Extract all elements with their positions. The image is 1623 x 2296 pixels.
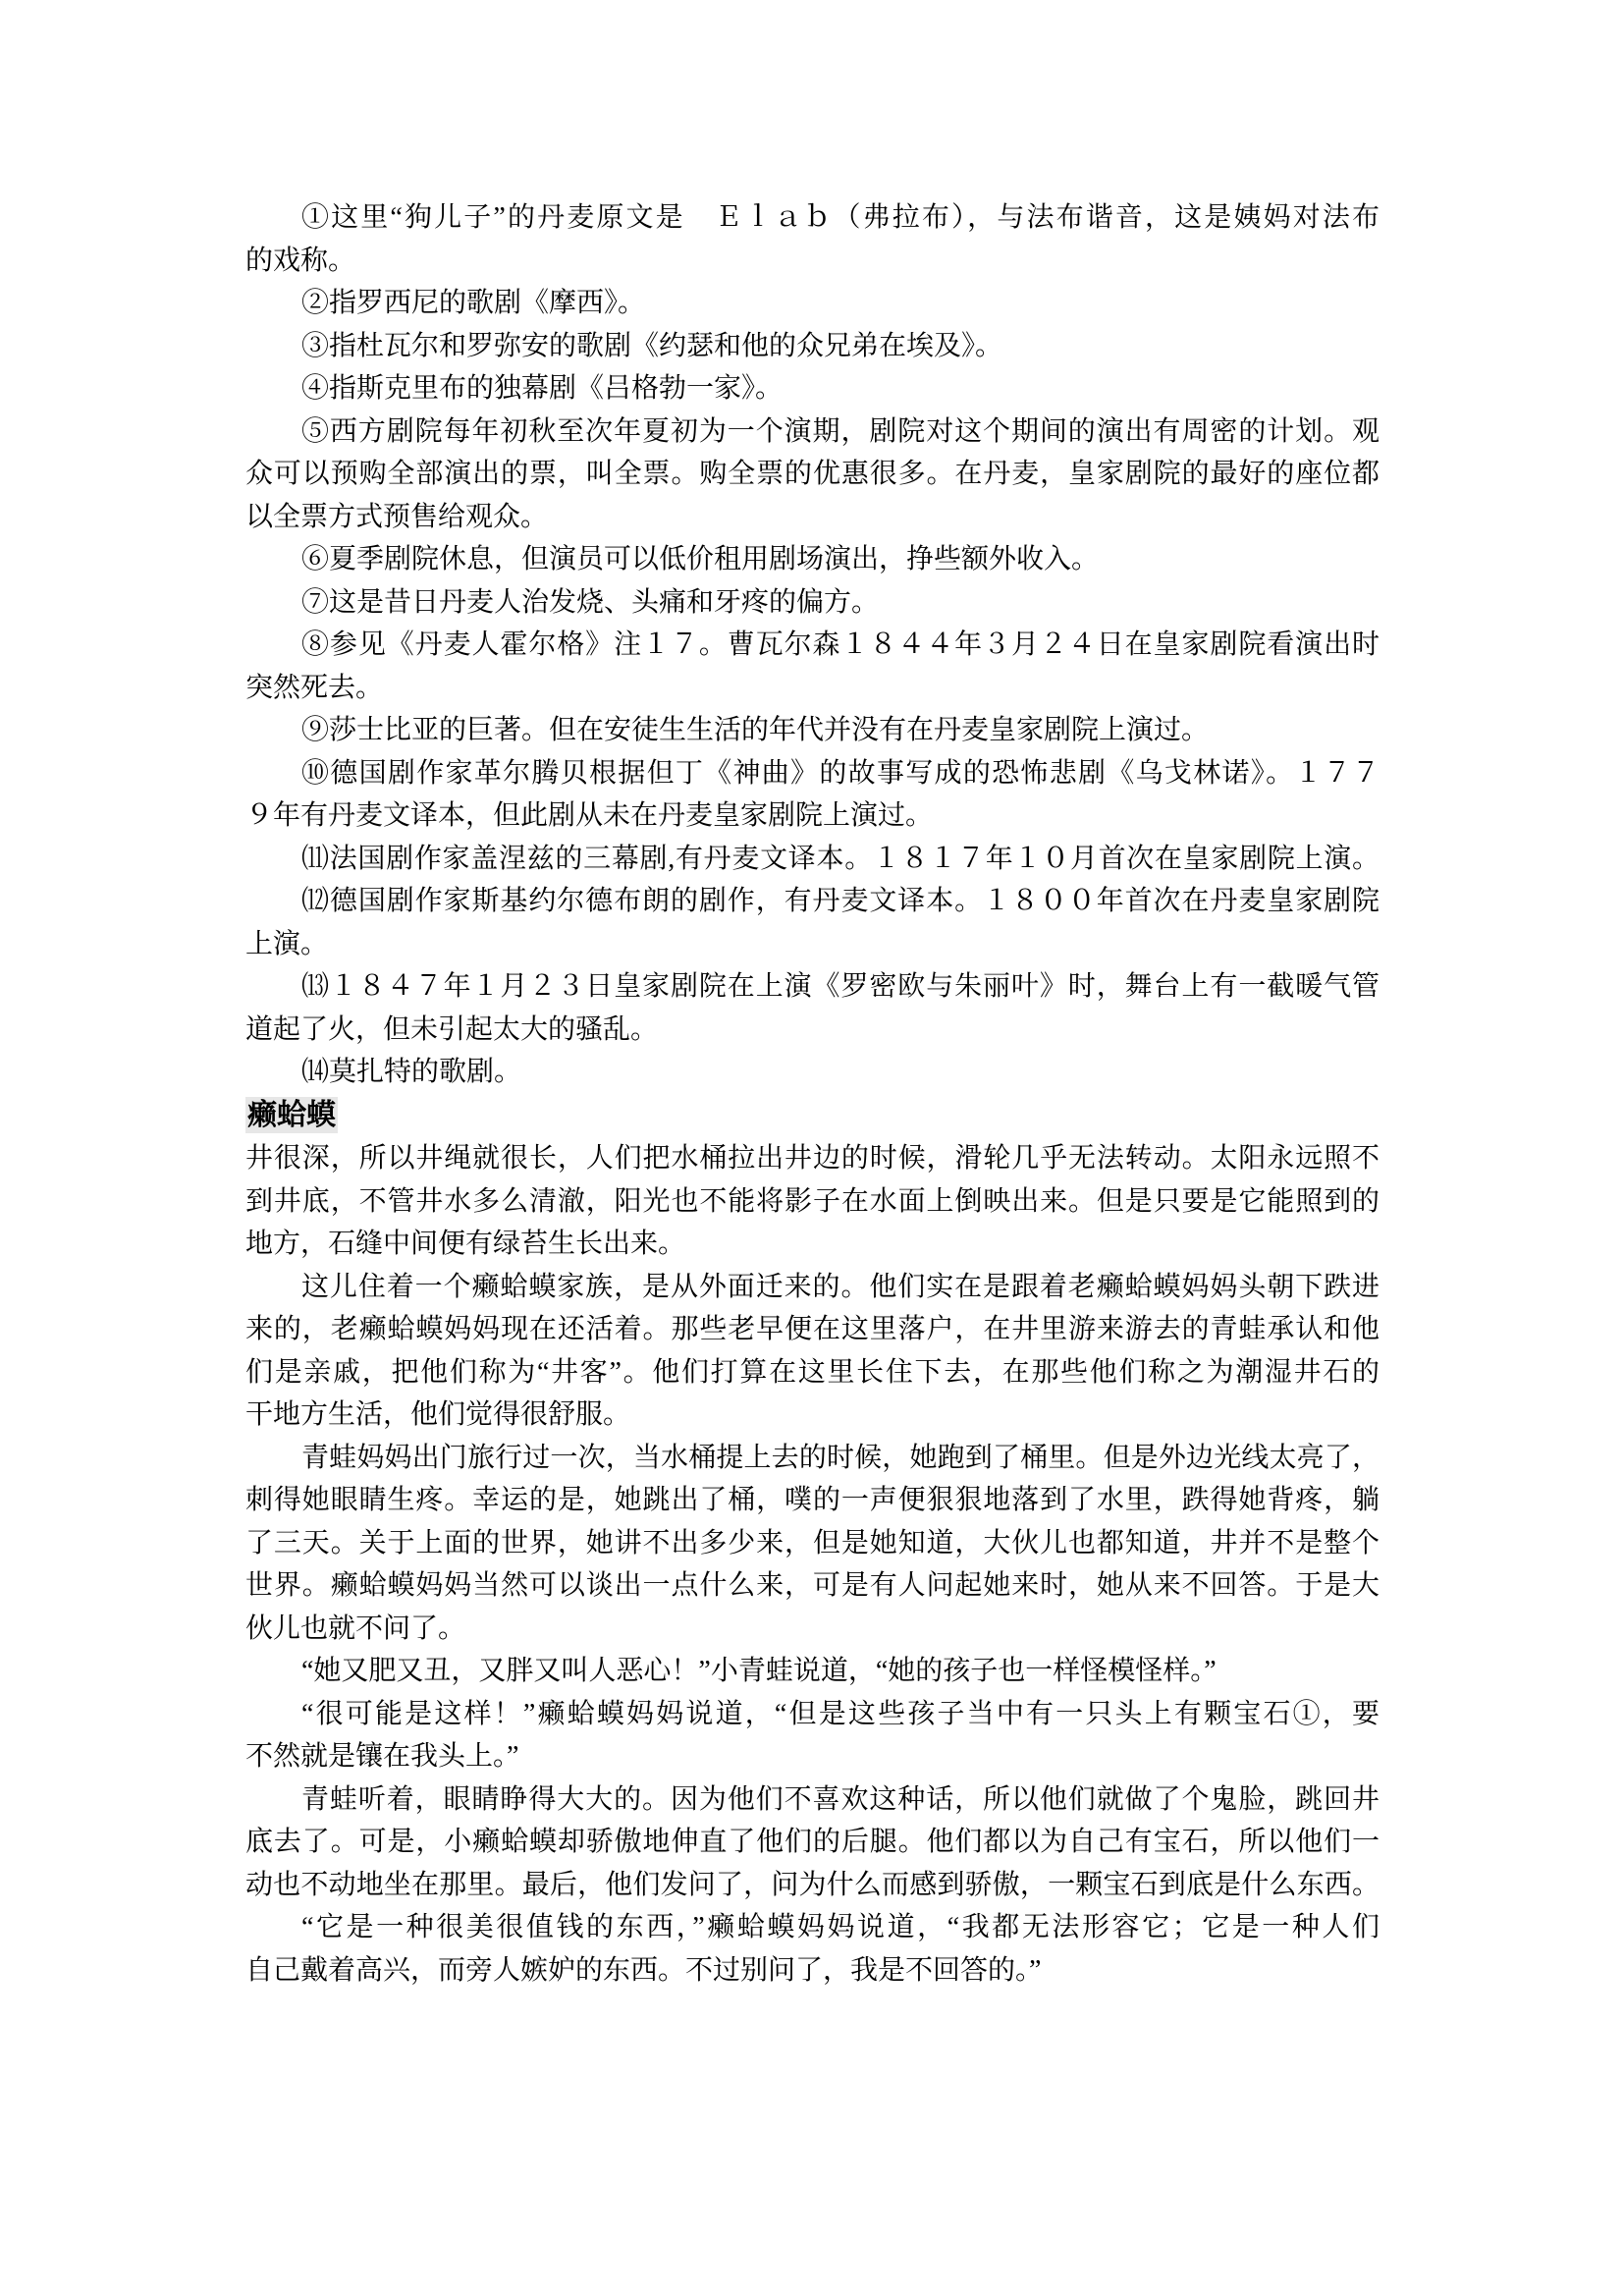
footnote-line: ⒀１８４７年１月２３日皇家剧院在上演《罗密欧与朱丽叶》时，舞台上有一截暖气管 bbox=[245, 965, 1380, 1009]
story-line: 青蛙妈妈出门旅行过一次，当水桶提上去的时候，她跑到了桶里。但是外边光线太亮了， bbox=[245, 1437, 1380, 1480]
footnote-line: ⑥夏季剧院休息，但演员可以低价租用剧场演出，挣些额外收入。 bbox=[245, 538, 1380, 581]
story-line: 青蛙听着，眼睛睁得大大的。因为他们不喜欢这种话，所以他们就做了个鬼脸，跳回井 bbox=[245, 1778, 1380, 1822]
story-line: 地方，石缝中间便有绿苔生长出来。 bbox=[245, 1223, 1380, 1266]
text-block: ①这里“狗儿子”的丹麦原文是 Ｅｌａｂ（弗拉布），与法布谐音，这是姨妈对法布的戏… bbox=[245, 196, 1380, 1992]
footnote-line: ９年有丹麦文译本，但此剧从未在丹麦皇家剧院上演过。 bbox=[245, 794, 1380, 838]
story-line: 这儿住着一个癞蛤蟆家族，是从外面迁来的。他们实在是跟着老癞蛤蟆妈妈头朝下跌进 bbox=[245, 1266, 1380, 1309]
story-line: 底去了。可是，小癞蛤蟆却骄傲地伸直了他们的后腿。他们都以为自己有宝石，所以他们一 bbox=[245, 1821, 1380, 1864]
footnote-line: ⑨莎士比亚的巨著。但在安徒生生活的年代并没有在丹麦皇家剧院上演过。 bbox=[245, 709, 1380, 752]
footnote-line: ⑧参见《丹麦人霍尔格》注１７。曹瓦尔森１８４４年３月２４日在皇家剧院看演出时 bbox=[245, 624, 1380, 667]
story-line: 到井底，不管井水多么清澈，阳光也不能将影子在水面上倒映出来。但是只要是它能照到的 bbox=[245, 1180, 1380, 1224]
story-line: 井很深，所以井绳就很长，人们把水桶拉出井边的时候，滑轮几乎无法转动。太阳永远照不 bbox=[245, 1137, 1380, 1180]
footnote-line: ②指罗西尼的歌剧《摩西》。 bbox=[245, 282, 1380, 325]
story-title: 癞蛤蟆 bbox=[245, 1097, 338, 1133]
footnote-line: ⑩德国剧作家革尔腾贝根据但丁《神曲》的故事写成的恐怖悲剧《乌戈林诺》。１７７ bbox=[245, 752, 1380, 795]
story-line: 来的，老癞蛤蟆妈妈现在还活着。那些老早便在这里落户，在井里游来游去的青蛙承认和他 bbox=[245, 1308, 1380, 1351]
story-line: “它是一种很美很值钱的东西，”癞蛤蟆妈妈说道，“我都无法形容它；它是一种人们 bbox=[245, 1906, 1380, 1949]
story-line: 刺得她眼睛生疼。幸运的是，她跳出了桶，噗的一声便狠狠地落到了水里，跌得她背疼，躺 bbox=[245, 1479, 1380, 1522]
footnote-line: 的戏称。 bbox=[245, 240, 1380, 283]
story-line: 世界。癞蛤蟆妈妈当然可以谈出一点什么来，可是有人问起她来时，她从来不回答。于是大 bbox=[245, 1564, 1380, 1608]
footnote-line: ⒁莫扎特的歌剧。 bbox=[245, 1051, 1380, 1094]
story-line: 动也不动地坐在那里。最后，他们发问了，问为什么而感到骄傲，一颗宝石到底是什么东西… bbox=[245, 1864, 1380, 1907]
story-line: “她又肥又丑，又胖又叫人恶心！”小青蛙说道，“她的孩子也一样怪模怪样。” bbox=[245, 1650, 1380, 1693]
footnote-line: ⑿德国剧作家斯基约尔德布朗的剧作，有丹麦文译本。１８００年首次在丹麦皇家剧院 bbox=[245, 880, 1380, 923]
footnote-line: ③指杜瓦尔和罗弥安的歌剧《约瑟和他的众兄弟在埃及》。 bbox=[245, 325, 1380, 368]
footnote-line: ①这里“狗儿子”的丹麦原文是 Ｅｌａｂ（弗拉布），与法布谐音，这是姨妈对法布 bbox=[245, 196, 1380, 240]
story-line: 们是亲戚，把他们称为“井客”。他们打算在这里长住下去，在那些他们称之为潮湿井石的 bbox=[245, 1351, 1380, 1394]
story-line: “很可能是这样！”癞蛤蟆妈妈说道，“但是这些孩子当中有一只头上有颗宝石①，要 bbox=[245, 1693, 1380, 1736]
footnote-line: ⑾法国剧作家盖涅兹的三幕剧,有丹麦文译本。１８１７年１０月首次在皇家剧院上演。 bbox=[245, 838, 1380, 881]
footnote-line: 道起了火，但未引起太大的骚乱。 bbox=[245, 1009, 1380, 1052]
footnote-line: 上演。 bbox=[245, 923, 1380, 966]
footnote-line: ⑦这是昔日丹麦人治发烧、头痛和牙疼的偏方。 bbox=[245, 581, 1380, 625]
document-page: ①这里“狗儿子”的丹麦原文是 Ｅｌａｂ（弗拉布），与法布谐音，这是姨妈对法布的戏… bbox=[0, 0, 1623, 2296]
footnote-line: ④指斯克里布的独幕剧《吕格勃一家》。 bbox=[245, 367, 1380, 410]
footnote-line: 突然死去。 bbox=[245, 667, 1380, 710]
story-title-row: 癞蛤蟆 bbox=[245, 1094, 1380, 1138]
story-line: 了三天。关于上面的世界，她讲不出多少来，但是她知道，大伙儿也都知道，井并不是整个 bbox=[245, 1522, 1380, 1565]
footnote-line: 以全票方式预售给观众。 bbox=[245, 496, 1380, 539]
story-line: 自己戴着高兴，而旁人嫉妒的东西。不过别问了，我是不回答的。” bbox=[245, 1949, 1380, 1993]
story-line: 不然就是镶在我头上。” bbox=[245, 1735, 1380, 1778]
story-line: 伙儿也就不问了。 bbox=[245, 1608, 1380, 1651]
footnote-line: ⑤西方剧院每年初秋至次年夏初为一个演期，剧院对这个期间的演出有周密的计划。观 bbox=[245, 410, 1380, 454]
footnote-line: 众可以预购全部演出的票，叫全票。购全票的优惠很多。在丹麦，皇家剧院的最好的座位都 bbox=[245, 453, 1380, 496]
story-line: 干地方生活，他们觉得很舒服。 bbox=[245, 1394, 1380, 1437]
